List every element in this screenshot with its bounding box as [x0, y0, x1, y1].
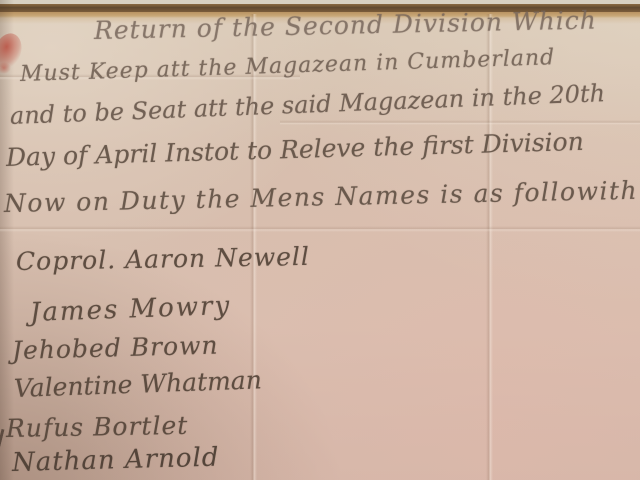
document-photo: Return of the Second Division Which Must…	[0, 0, 640, 480]
roster-name: Rufus Bortlet	[6, 411, 189, 443]
fold-crease-horizontal	[0, 226, 640, 232]
manuscript-header-line: Now on Duty the Mens Names is as followi…	[4, 175, 640, 218]
fold-crease-horizontal	[280, 120, 640, 125]
roster-name: Valentine Whatman	[13, 365, 262, 403]
roster-name: Jehobed Brown	[12, 331, 219, 365]
roster-name: Coprol. Aaron Newell	[16, 242, 310, 276]
roster-name: Nathan Arnold	[12, 443, 220, 478]
manuscript-header-line: Day of April Instot to Releve the first …	[6, 127, 584, 172]
roster-name: James Mowry	[29, 291, 231, 328]
manuscript-header-line: Must Keep att the Magazean in Cumberland	[20, 45, 556, 87]
